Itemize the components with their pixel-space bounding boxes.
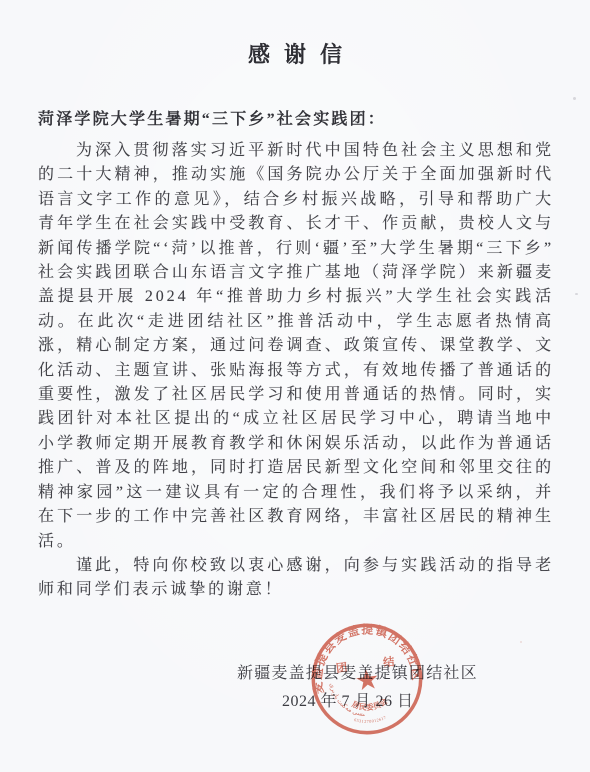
- letter-signature: 新疆麦盖提县麦盖提镇团结社区: [237, 660, 478, 683]
- letter-salutation: 菏泽学院大学生暑期“三下乡”社会实践团：: [38, 106, 558, 129]
- scan-speck: [575, 293, 578, 295]
- seal-arc-text: 麦盖提县麦盖提镇团结社区: [304, 616, 425, 695]
- letter-paragraph-2: 谨此，特向你校致以衷心感谢，向参与实践活动的指导老师和同学们表示诚挚的谢意！: [38, 554, 554, 603]
- letter-page: 感谢信 菏泽学院大学生暑期“三下乡”社会实践团： 为深入贯彻落实习近平新时代中国…: [0, 0, 590, 772]
- scan-speck: [520, 641, 522, 643]
- letter-paragraph-1: 为深入贯彻落实习近平新时代中国特色社会主义思想和党的二十大精神，推动实施《国务院…: [38, 139, 554, 554]
- letter-title: 感谢信: [0, 38, 590, 69]
- letter-date: 2024 年 7 月 26 日: [282, 688, 414, 711]
- seal-code: 6531270012617: [353, 713, 388, 726]
- letter-body: 为深入贯彻落实习近平新时代中国特色社会主义思想和党的二十大精神，推动实施《国务院…: [38, 139, 554, 603]
- scan-speck: [573, 97, 576, 100]
